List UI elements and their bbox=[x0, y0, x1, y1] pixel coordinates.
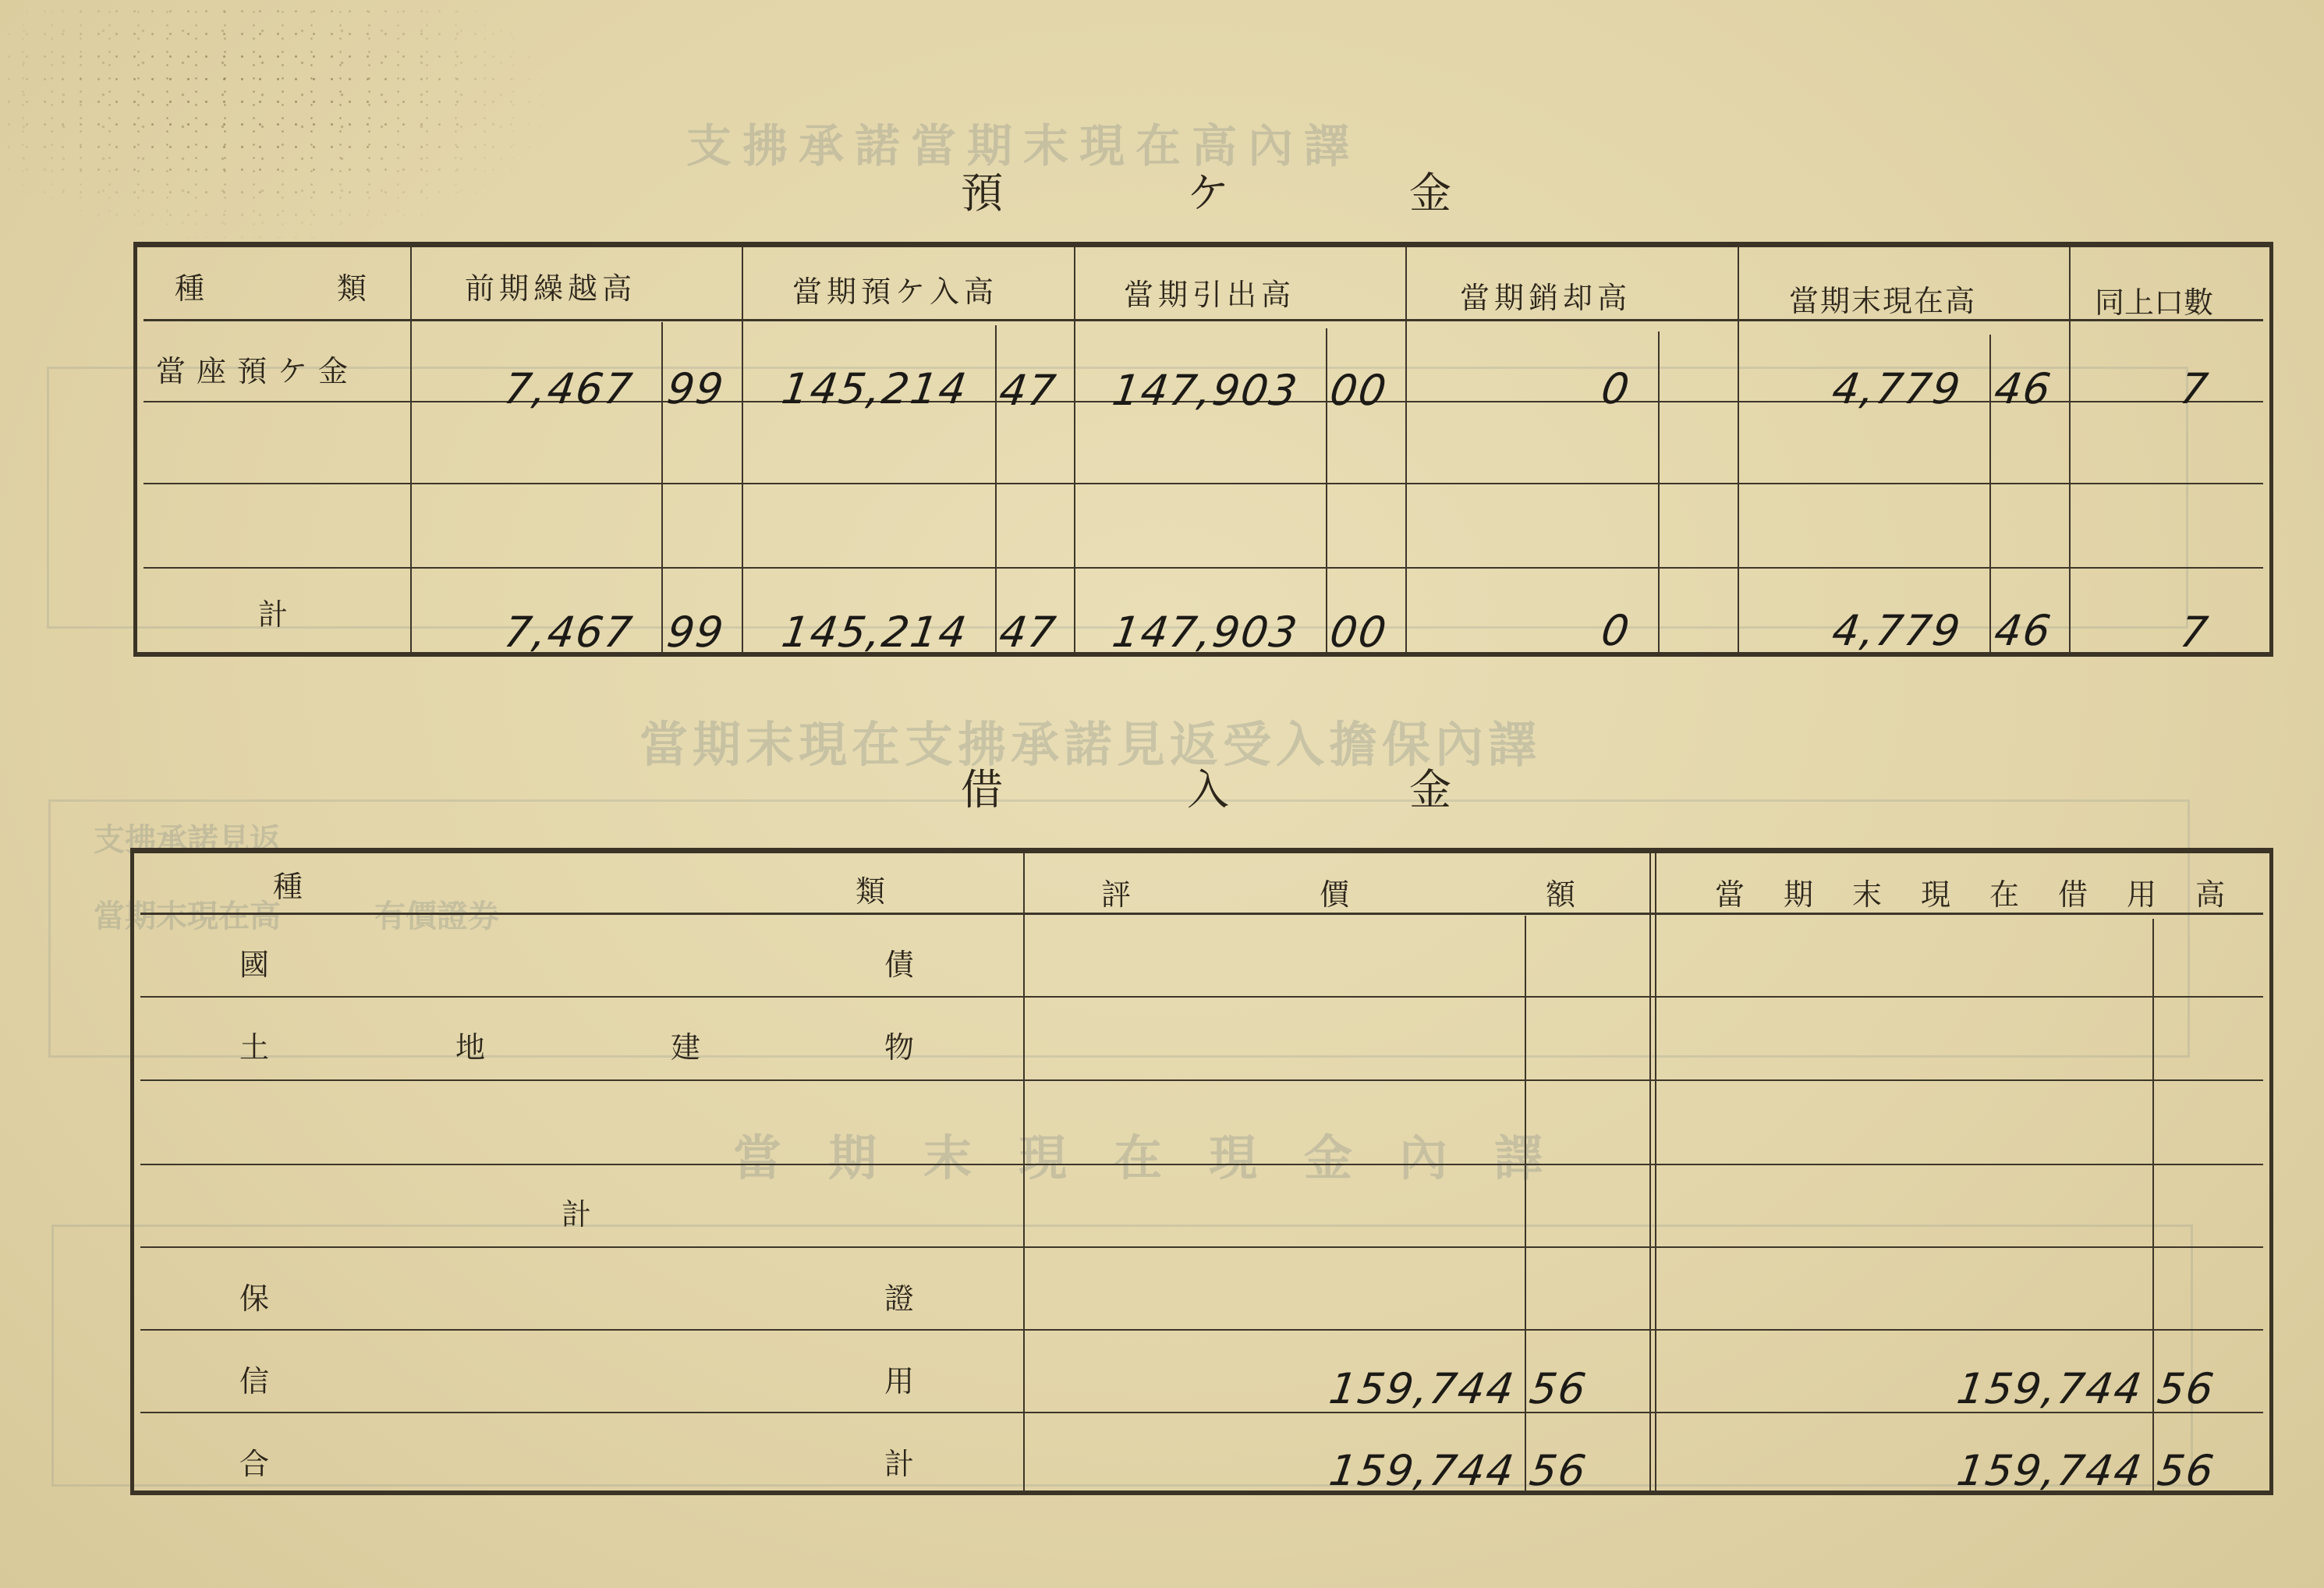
total-period-end-sen: 46 bbox=[1992, 606, 2056, 655]
col-divider bbox=[1405, 247, 1407, 652]
row-label-national-bonds-right: 債 bbox=[884, 941, 914, 984]
row-divider bbox=[140, 1246, 2263, 1248]
header-valuation-char-2: 價 bbox=[1320, 870, 1349, 913]
deposits-table: 種 類 前期繰越高 當期預ケ入高 當期引出高 當期銷却高 當期末現在高 同上口數… bbox=[133, 242, 2273, 657]
cell-period-end-sen: 46 bbox=[1992, 364, 2056, 413]
cell-withdrawals-yen: 147,903 bbox=[1109, 366, 1301, 415]
cell-period-end-yen: 4,779 bbox=[1830, 364, 1964, 413]
cell-accounts-count: 7 bbox=[2177, 364, 2212, 413]
header-accounts-count: 同上口數 bbox=[2095, 278, 2213, 321]
cell-prev-carryover-yen: 7,467 bbox=[501, 364, 636, 413]
row-label-land-2: 地 bbox=[455, 1023, 485, 1066]
total-period-end-yen: 4,779 bbox=[1830, 606, 1964, 655]
header-period-end-borrowed: 當期末現在借用高 bbox=[1715, 870, 2264, 913]
credit-borrowed-sen: 56 bbox=[2155, 1364, 2219, 1413]
row-divider bbox=[140, 1412, 2263, 1413]
header-type-right: 類 bbox=[856, 867, 885, 910]
row-label-credit-left: 信 bbox=[239, 1357, 269, 1400]
col-divider bbox=[1655, 853, 1656, 1491]
deposits-title: 預 ケ 金 bbox=[961, 160, 1468, 207]
col-divider bbox=[1738, 247, 1739, 652]
total-label: 計 bbox=[258, 590, 288, 633]
sen-divider bbox=[661, 322, 663, 652]
header-type-left: 種 bbox=[273, 863, 303, 906]
row-label-land-3: 建 bbox=[671, 1023, 700, 1066]
borrowings-title-char-1: 借 bbox=[961, 757, 1003, 817]
col-divider bbox=[2069, 247, 2071, 652]
header-writeoff: 當期銷却高 bbox=[1460, 274, 1631, 317]
grand-total-valuation-yen: 159,744 bbox=[1326, 1446, 1518, 1495]
row-label-subtotal: 計 bbox=[562, 1190, 591, 1233]
credit-valuation-sen: 56 bbox=[1527, 1364, 1591, 1413]
total-accounts-count: 7 bbox=[2177, 608, 2212, 657]
sen-divider bbox=[1658, 331, 1660, 652]
total-writeoff-yen: 0 bbox=[1598, 606, 1633, 655]
header-prev-carryover: 前期繰越高 bbox=[465, 264, 636, 307]
header-type: 種 類 bbox=[175, 264, 377, 307]
row-divider bbox=[140, 996, 2263, 998]
col-divider bbox=[1074, 247, 1075, 652]
row-divider bbox=[143, 567, 2263, 569]
row-label-credit-right: 用 bbox=[884, 1357, 914, 1400]
cell-withdrawals-sen: 00 bbox=[1327, 366, 1391, 415]
cell-deposits-in-sen: 47 bbox=[997, 366, 1061, 415]
borrowings-title-char-3: 金 bbox=[1409, 757, 1451, 817]
grand-total-borrowed-sen: 56 bbox=[2155, 1446, 2219, 1495]
total-withdrawals-yen: 147,903 bbox=[1109, 608, 1301, 657]
row-divider bbox=[140, 1164, 2263, 1165]
grand-total-valuation-sen: 56 bbox=[1527, 1446, 1591, 1495]
row-label-land-1: 土 bbox=[239, 1023, 269, 1066]
borrowings-title-char-2: 入 bbox=[1187, 757, 1229, 817]
row-divider bbox=[143, 483, 2263, 484]
row-label-national-bonds-left: 國 bbox=[239, 941, 269, 984]
row-label-guarantee-left: 保 bbox=[239, 1274, 269, 1317]
row-label-guarantee-right: 證 bbox=[884, 1274, 914, 1317]
borrowings-title: 借 入 金 bbox=[961, 757, 1468, 803]
header-deposits-in: 當期預ケ入高 bbox=[792, 268, 998, 310]
cell-deposits-in-yen: 145,214 bbox=[778, 364, 970, 413]
borrowings-table: 種 類 評 價 額 當期末現在借用高 國 債 土 地 建 物 計 保 證 信 用… bbox=[130, 848, 2273, 1495]
sen-divider bbox=[2152, 919, 2154, 1491]
row-label-grand-total-right: 計 bbox=[884, 1440, 914, 1483]
paper-foxing-speckles bbox=[0, 0, 562, 250]
cell-writeoff-yen: 0 bbox=[1598, 364, 1633, 413]
grand-total-borrowed-yen: 159,744 bbox=[1954, 1446, 2145, 1495]
header-withdrawals: 當期引出高 bbox=[1124, 271, 1295, 314]
col-divider bbox=[742, 247, 743, 652]
col-divider bbox=[410, 247, 412, 652]
sen-divider bbox=[1326, 328, 1327, 652]
row-label-grand-total-left: 合 bbox=[239, 1440, 269, 1483]
col-divider bbox=[1023, 853, 1025, 1491]
total-withdrawals-sen: 00 bbox=[1327, 608, 1391, 657]
credit-borrowed-yen: 159,744 bbox=[1954, 1364, 2145, 1413]
sen-divider bbox=[995, 325, 997, 652]
col-divider bbox=[1649, 853, 1651, 1491]
header-period-end-balance: 當期末現在高 bbox=[1789, 277, 1976, 320]
row-label-land-4: 物 bbox=[884, 1023, 914, 1066]
sen-divider bbox=[1525, 916, 1526, 1491]
credit-valuation-yen: 159,744 bbox=[1326, 1364, 1518, 1413]
header-valuation-char-1: 評 bbox=[1101, 870, 1131, 913]
deposits-title-char-2: ケ bbox=[1187, 160, 1229, 220]
total-prev-carryover-sen: 99 bbox=[664, 608, 728, 657]
total-deposits-in-sen: 47 bbox=[997, 608, 1061, 657]
row-divider bbox=[140, 1329, 2263, 1331]
deposits-title-char-3: 金 bbox=[1409, 160, 1451, 220]
total-deposits-in-yen: 145,214 bbox=[778, 608, 970, 657]
row-divider bbox=[140, 1079, 2263, 1081]
total-prev-carryover-yen: 7,467 bbox=[501, 608, 636, 657]
cell-prev-carryover-sen: 99 bbox=[664, 364, 728, 413]
row-label-current-deposit: 當座預ケ金 bbox=[156, 347, 359, 390]
sen-divider bbox=[1989, 335, 1991, 652]
deposits-title-char-1: 預 bbox=[961, 160, 1003, 220]
header-valuation-char-3: 額 bbox=[1546, 870, 1575, 913]
